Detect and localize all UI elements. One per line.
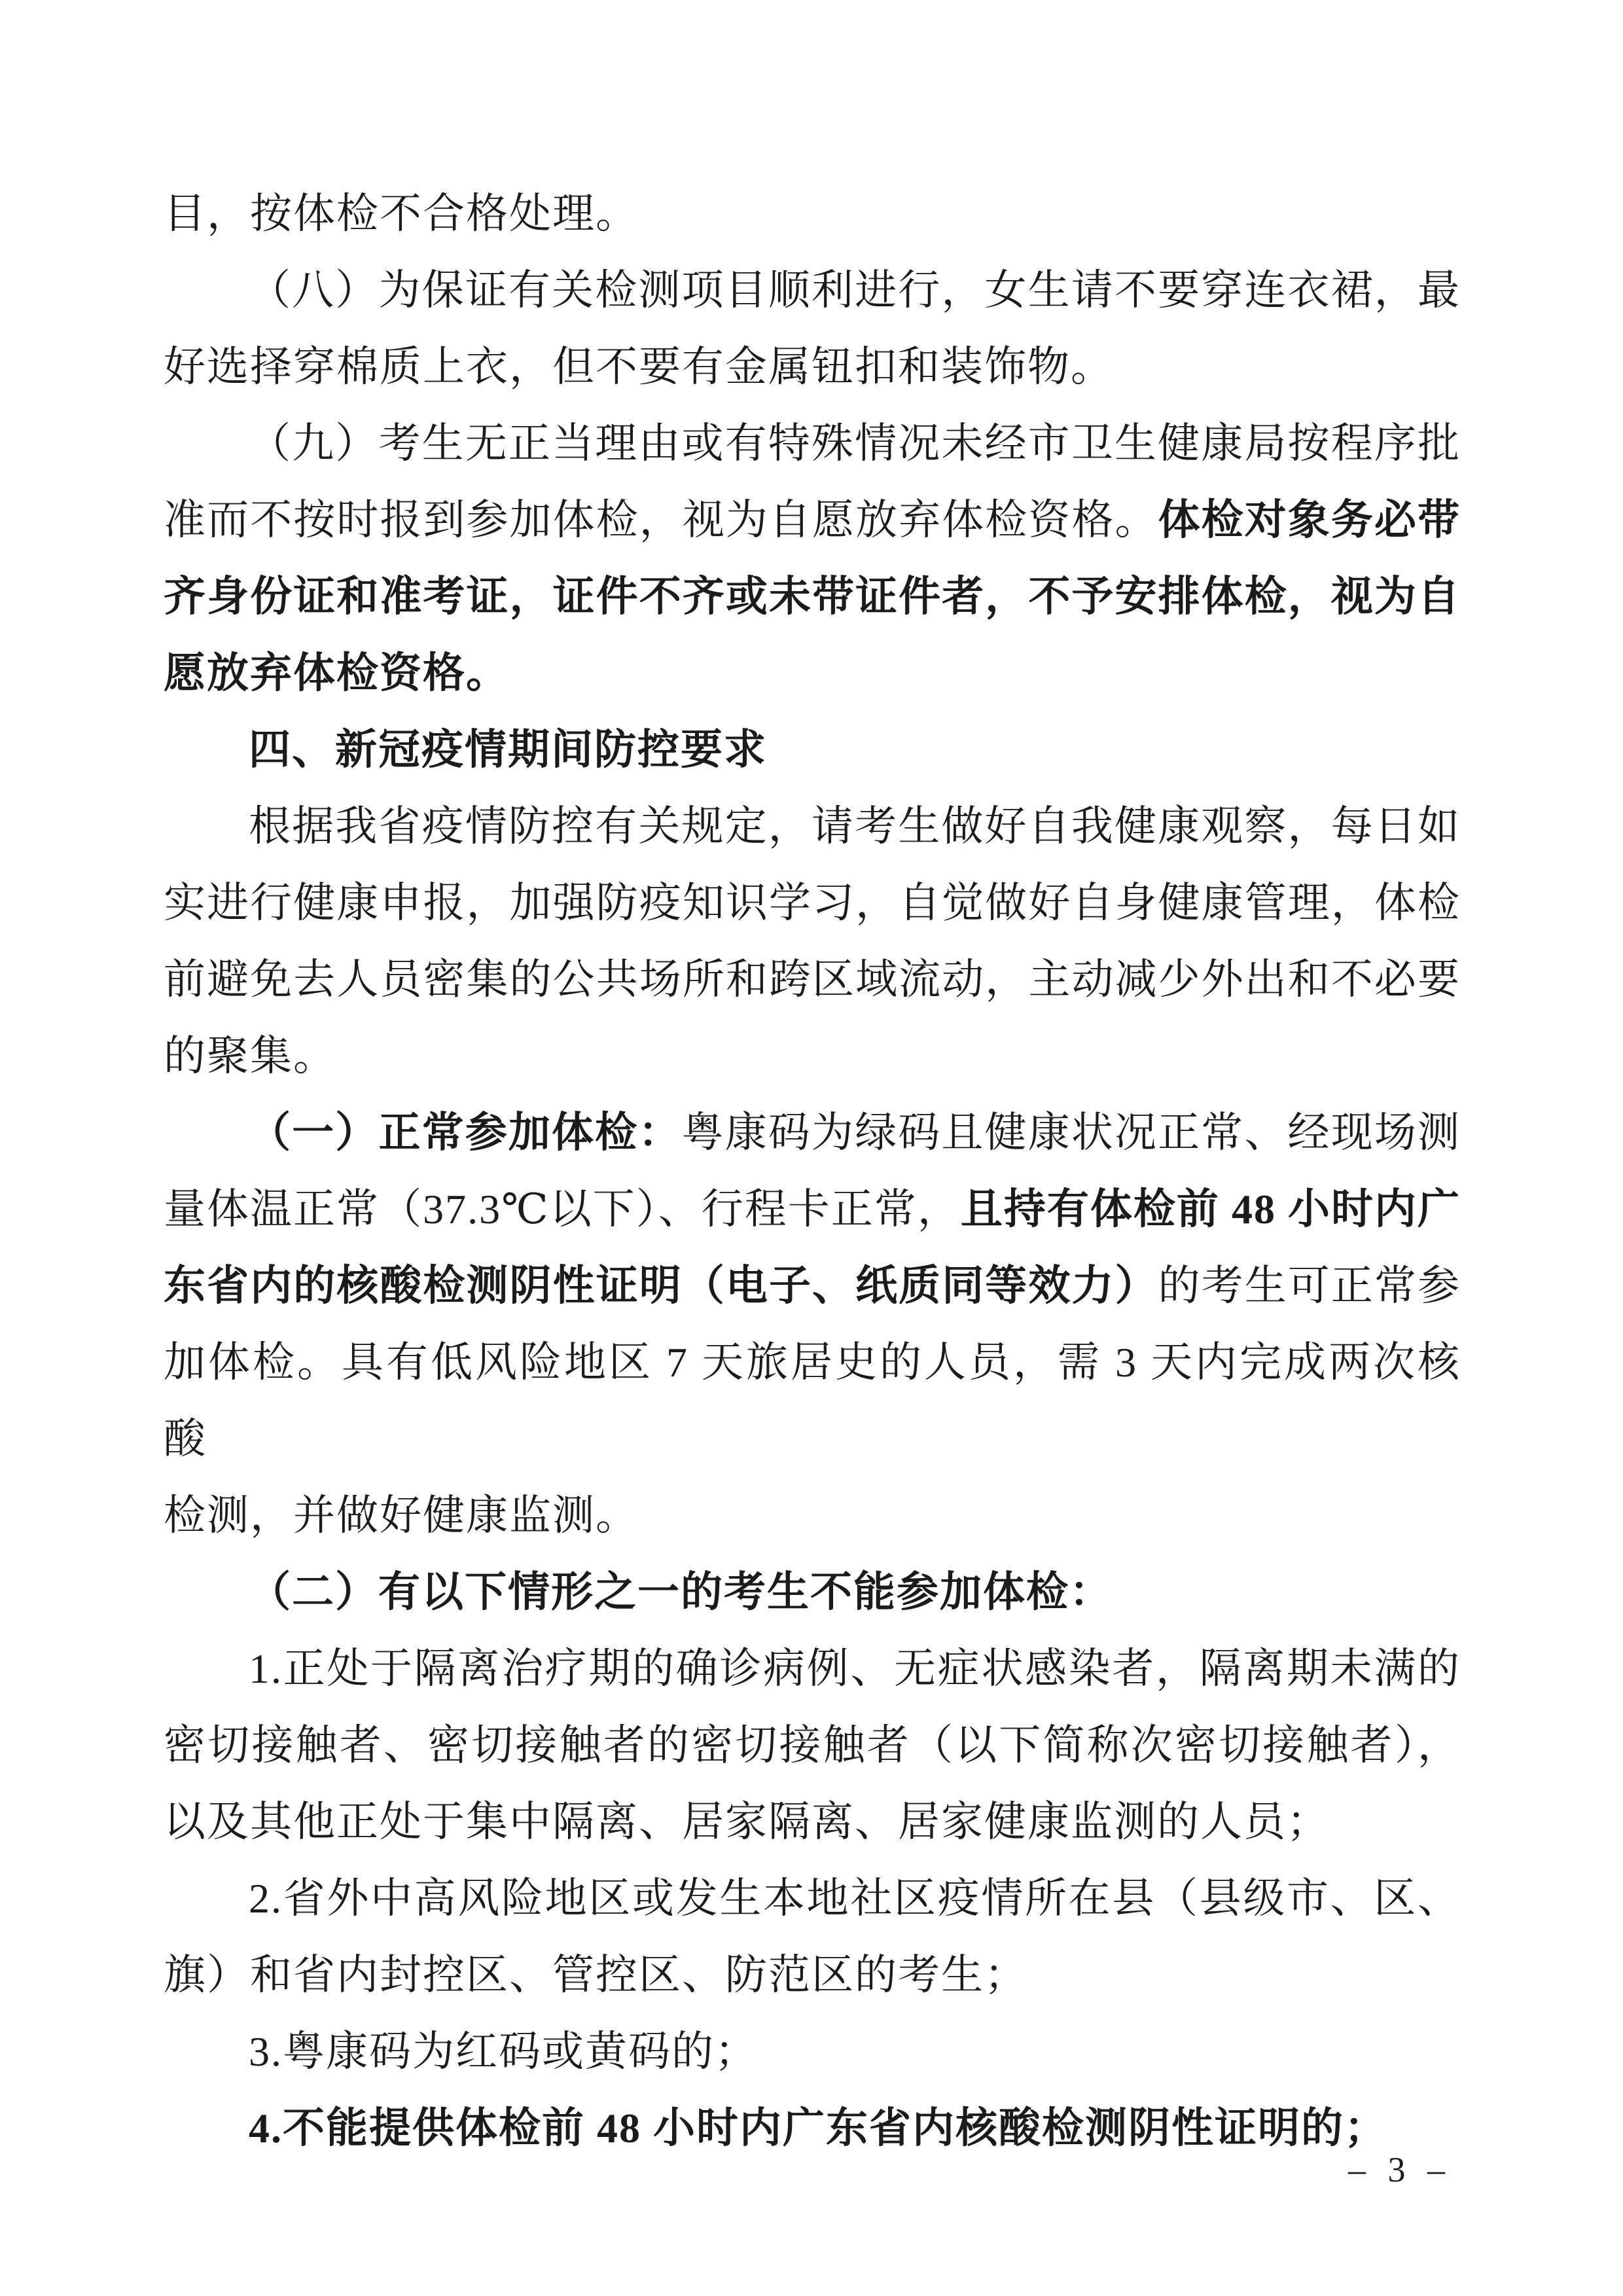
text-line: 3.粤康码为红码或黄码的； — [164, 2013, 1461, 2090]
text-segment: 实进行健康申报，加强防疫知识学习，自觉做好自身健康管理，体检 — [164, 880, 1461, 926]
text-segment: 1.正处于隔离治疗期的确诊病例、无症状感染者，隔离期未满的 — [249, 1645, 1461, 1692]
text-segment: 准而不按时报到参加体检，视为自愿放弃体检资格。 — [164, 497, 1158, 543]
text-line: 根据我省疫情防控有关规定，请考生做好自我健康观察，每日如 — [164, 788, 1461, 865]
text-line: （九）考生无正当理由或有特殊情况未经市卫生健康局按程序批 — [164, 405, 1461, 482]
text-line: （二）有以下情形之一的考生不能参加体检： — [164, 1554, 1461, 1630]
text-segment: 前避免去人员密集的公共场所和跨区域流动，主动减少外出和不必要 — [164, 956, 1461, 1003]
text-line: 2.省外中高风险地区或发生本地社区疫情所在县（县级市、区、 — [164, 1860, 1461, 1937]
text-line: 愿放弃体检资格。 — [164, 635, 1461, 711]
text-segment: 3.粤康码为红码或黄码的； — [249, 2028, 758, 2075]
scanned-document-page: 目，按体检不合格处理。（八）为保证有关检测项目顺利进行，女生请不要穿连衣裙，最好… — [0, 0, 1623, 2296]
text-segment: 根据我省疫情防控有关规定，请考生做好自我健康观察，每日如 — [249, 803, 1461, 850]
text-line: 的聚集。 — [164, 1018, 1461, 1094]
bold-text-segment: 愿放弃体检资格。 — [164, 650, 509, 696]
text-segment: （八）为保证有关检测项目顺利进行，女生请不要穿连衣裙，最 — [249, 267, 1461, 314]
text-line: 以及其他正处于集中隔离、居家隔离、居家健康监测的人员； — [164, 1784, 1461, 1860]
text-line: 检测，并做好健康监测。 — [164, 1477, 1461, 1554]
bold-text-segment: 且持有体检前 48 小时内广 — [961, 1186, 1461, 1232]
bold-text-segment: 4.不能提供体检前 48 小时内广东省内核酸检测阴性证明的； — [249, 2105, 1387, 2151]
text-line: 4.不能提供体检前 48 小时内广东省内核酸检测阴性证明的； — [164, 2090, 1461, 2166]
text-segment: 粤康码为绿码且健康状况正常、经现场测 — [681, 1109, 1461, 1156]
text-segment: 的考生可正常参 — [1158, 1263, 1461, 1309]
text-line: 前避免去人员密集的公共场所和跨区域流动，主动减少外出和不必要 — [164, 941, 1461, 1018]
text-line: 四、新冠疫情期间防控要求 — [164, 711, 1461, 788]
text-segment: 目，按体检不合格处理。 — [164, 190, 639, 237]
bold-text-segment: （二）有以下情形之一的考生不能参加体检： — [249, 1569, 1113, 1615]
text-line: 准而不按时报到参加体检，视为自愿放弃体检资格。体检对象务必带 — [164, 482, 1461, 558]
text-segment: 以及其他正处于集中隔离、居家隔离、居家健康监测的人员； — [164, 1799, 1330, 1845]
text-line: （八）为保证有关检测项目顺利进行，女生请不要穿连衣裙，最 — [164, 252, 1461, 329]
text-segment: 加体检。具有低风险地区 7 天旅居史的人员，需 3 天内完成两次核酸 — [164, 1339, 1461, 1462]
text-line: 齐身份证和准考证，证件不齐或未带证件者，不予安排体检，视为自 — [164, 558, 1461, 635]
text-line: 密切接触者、密切接触者的密切接触者（以下简称次密切接触者）， — [164, 1707, 1461, 1784]
text-line: 旗）和省内封控区、管控区、防范区的考生； — [164, 1937, 1461, 2013]
text-segment: 检测，并做好健康监测。 — [164, 1492, 639, 1539]
text-line: 实进行健康申报，加强防疫知识学习，自觉做好自身健康管理，体检 — [164, 865, 1461, 941]
page-number: – 3 – — [1348, 2149, 1452, 2190]
bold-text-segment: 四、新冠疫情期间防控要求 — [249, 726, 767, 773]
bold-text-segment: （一）正常参加体检： — [249, 1109, 681, 1156]
text-segment: 旗）和省内封控区、管控区、防范区的考生； — [164, 1952, 1027, 1998]
text-line: 东省内的核酸检测阴性证明（电子、纸质同等效力）的考生可正常参 — [164, 1247, 1461, 1324]
text-segment: 2.省外中高风险地区或发生本地社区疫情所在县（县级市、区、 — [249, 1875, 1461, 1922]
text-line: 1.正处于隔离治疗期的确诊病例、无症状感染者，隔离期未满的 — [164, 1630, 1461, 1707]
text-line: （一）正常参加体检：粤康码为绿码且健康状况正常、经现场测 — [164, 1094, 1461, 1171]
text-line: 量体温正常（37.3℃以下）、行程卡正常，且持有体检前 48 小时内广 — [164, 1171, 1461, 1247]
text-line: 好选择穿棉质上衣，但不要有金属钮扣和装饰物。 — [164, 329, 1461, 405]
bold-text-segment: 齐身份证和准考证，证件不齐或未带证件者，不予安排体检，视为自 — [164, 573, 1461, 620]
text-segment: 的聚集。 — [164, 1033, 336, 1079]
bold-text-segment: 东省内的核酸检测阴性证明（电子、纸质同等效力） — [164, 1263, 1158, 1309]
text-segment: 密切接触者、密切接触者的密切接触者（以下简称次密切接触者）， — [164, 1722, 1461, 1768]
document-body: 目，按体检不合格处理。（八）为保证有关检测项目顺利进行，女生请不要穿连衣裙，最好… — [164, 175, 1461, 2166]
text-segment: 量体温正常（37.3℃以下）、行程卡正常， — [164, 1186, 961, 1232]
text-segment: 好选择穿棉质上衣，但不要有金属钮扣和装饰物。 — [164, 344, 1114, 390]
text-segment: （九）考生无正当理由或有特殊情况未经市卫生健康局按程序批 — [249, 420, 1461, 467]
text-line: 目，按体检不合格处理。 — [164, 175, 1461, 252]
text-line: 加体检。具有低风险地区 7 天旅居史的人员，需 3 天内完成两次核酸 — [164, 1324, 1461, 1477]
bold-text-segment: 体检对象务必带 — [1158, 497, 1461, 543]
